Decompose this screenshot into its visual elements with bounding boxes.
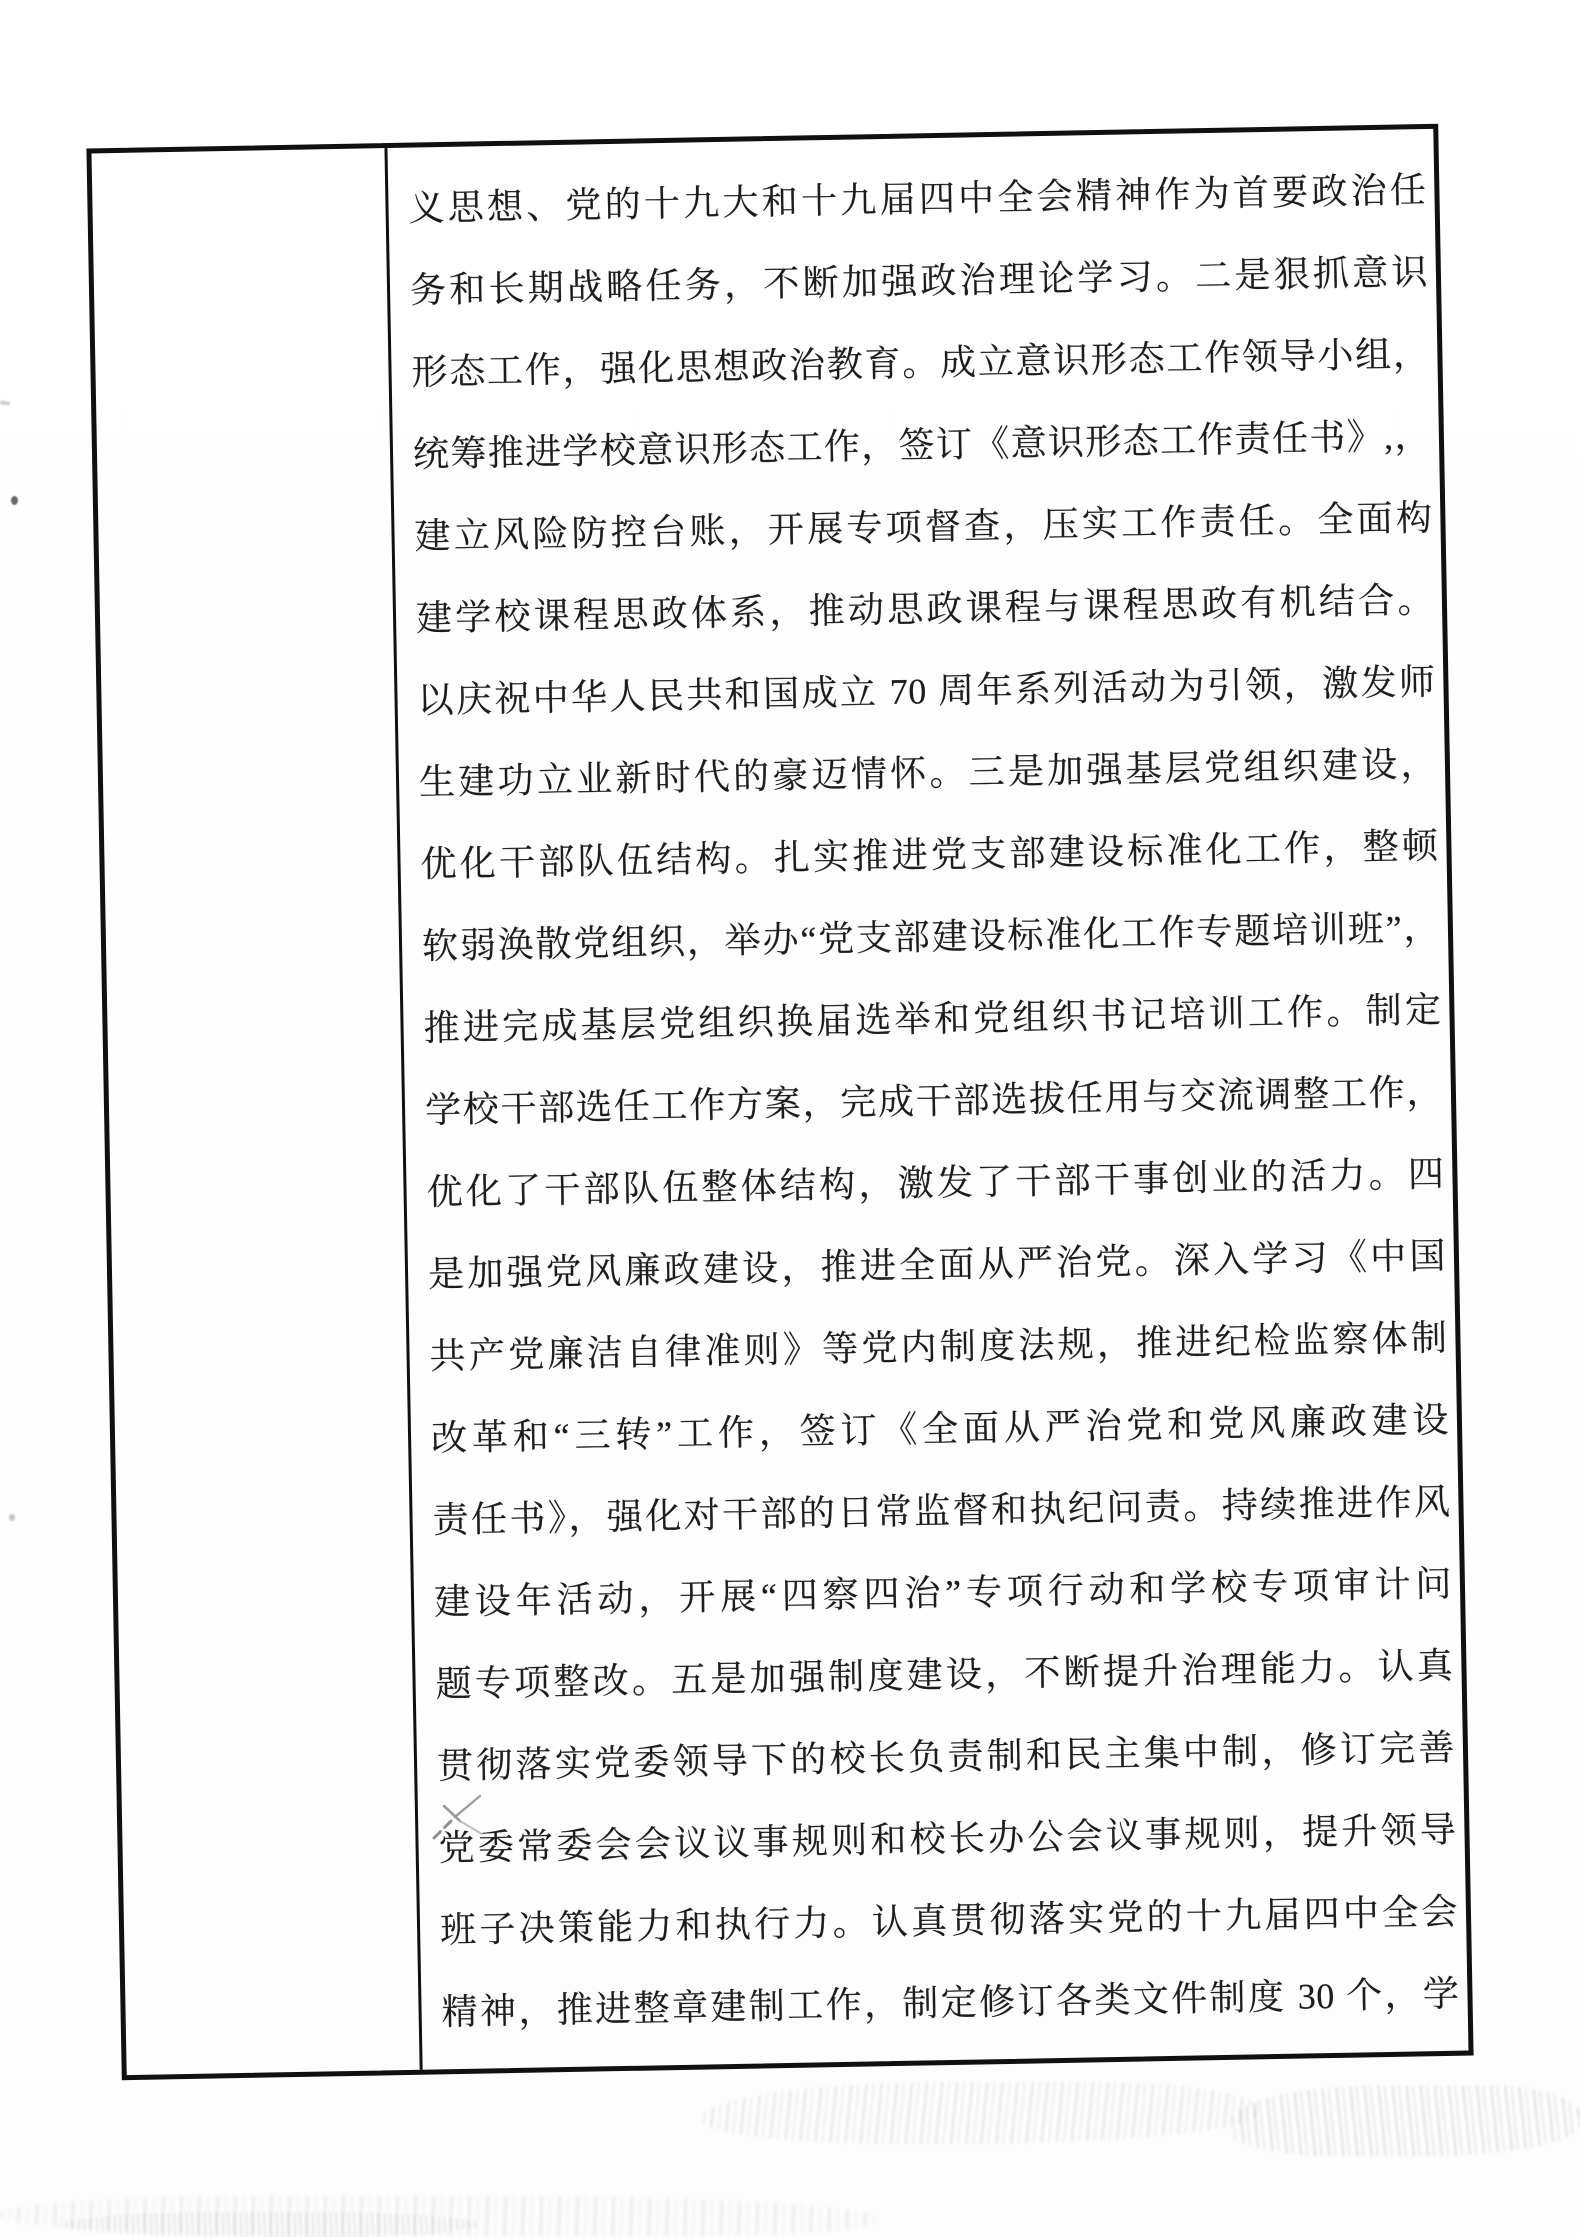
table-right-cell: 义思想、党的十九大和十九届四中全会精神作为首要政治任 务和长期战略任务，不断加强… (387, 129, 1468, 2070)
table-left-cell (92, 148, 423, 2075)
bleed-through-smudge (0, 2196, 880, 2237)
bleed-through-smudge (700, 2082, 1260, 2144)
margin-speck (9, 1514, 15, 1521)
bleed-through-smudge (1230, 2086, 1580, 2156)
margin-dash (0, 400, 10, 405)
text-line: 精神，推进整章建制工作，制定修订各类文件制度 30 个，学 (441, 1953, 1460, 2054)
pencil-cross-mark (430, 1794, 486, 1844)
scanned-page: 义思想、党的十九大和十九届四中全会精神作为首要政治任 务和长期战略任务，不断加强… (0, 0, 1580, 2237)
margin-speck (11, 496, 18, 505)
document-table: 义思想、党的十九大和十九届四中全会精神作为首要政治任 务和长期战略任务，不断加强… (86, 124, 1473, 2080)
bleed-through-smudge (60, 2212, 480, 2237)
